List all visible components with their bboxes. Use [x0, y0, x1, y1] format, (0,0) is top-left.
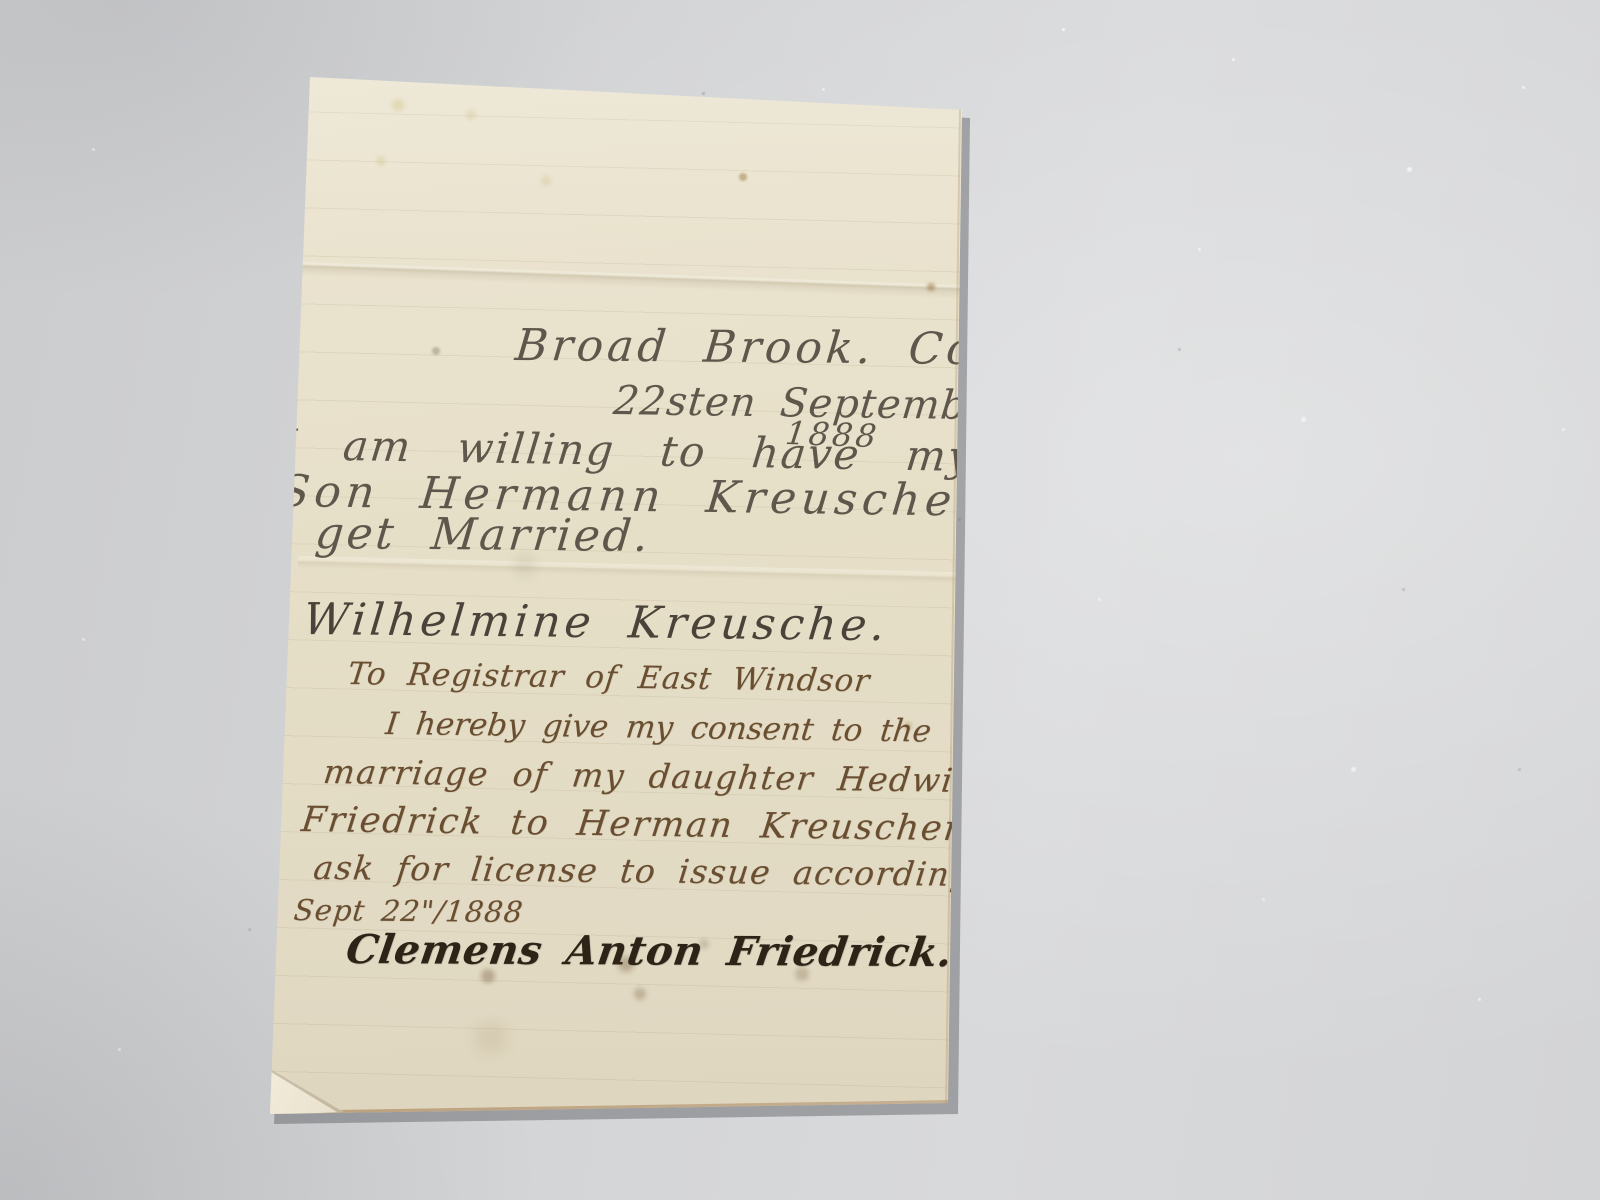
signature-wilhelmine: Wilhelmine Kreusche.: [301, 594, 891, 651]
signature-clemens: Clemens Anton Friedrick.: [343, 926, 956, 976]
letter-line-consent: I hereby give my consent to the: [384, 706, 934, 750]
wall-texture-specks: [0, 0, 3, 3]
letter-line-married: get Married.: [313, 508, 653, 562]
letter-date-footer: Sept 22"/1888: [292, 893, 525, 929]
letter-line-registrar: To Registrar of East Windsor: [346, 656, 873, 699]
photo-scene: Broad Brook. Conn 22sten September 1888 …: [0, 0, 1600, 1200]
letter-line-license: ask for license to issue accordingly: [311, 848, 1007, 894]
